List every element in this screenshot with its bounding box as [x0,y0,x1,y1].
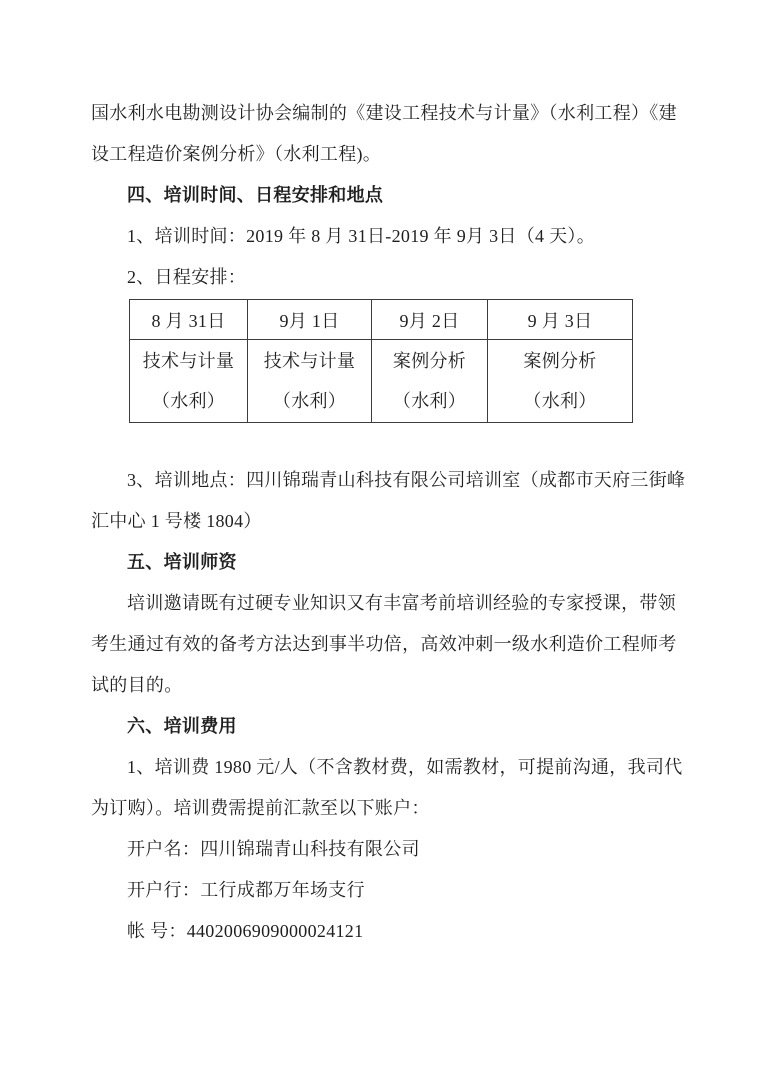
schedule-subject-cell: 案例分析 （水利） [488,340,633,423]
fee-line-2: 为订购）。培训费需提前汇款至以下账户： [91,788,700,829]
subject-qualifier: （水利） [488,381,632,421]
schedule-table-subject-row: 技术与计量 （水利） 技术与计量 （水利） 案例分析 （水利） 案例分析 （水利… [130,340,633,423]
section5-heading: 五、培训师资 [91,542,700,583]
document-content: 国水利水电勘测设计协会编制的《建设工程技术与计量》（水利工程）《建 设工程造价案… [0,0,770,952]
schedule-label-line: 2、日程安排： [91,257,700,298]
subject-qualifier: （水利） [130,381,247,421]
section4-heading: 四、培训时间、日程安排和地点 [91,175,700,216]
subject-name: 技术与计量 [130,341,247,381]
section6-heading: 六、培训费用 [91,706,700,747]
intro-line-1: 国水利水电勘测设计协会编制的《建设工程技术与计量》（水利工程）《建 [91,93,700,134]
schedule-date-cell: 8 月 31日 [130,300,248,340]
schedule-table-date-row: 8 月 31日 9月 1日 9月 2日 9 月 3日 [130,300,633,340]
location-line-2: 汇中心 1 号楼 1804） [91,501,700,542]
schedule-table: 8 月 31日 9月 1日 9月 2日 9 月 3日 技术与计量 （水利） 技术… [129,299,633,423]
schedule-date-cell: 9 月 3日 [488,300,633,340]
faculty-line-3: 试的目的。 [91,665,700,706]
schedule-subject-cell: 技术与计量 （水利） [248,340,372,423]
blank-line-spacer [91,423,700,460]
schedule-date-cell: 9月 1日 [248,300,372,340]
faculty-line-1: 培训邀请既有过硬专业知识又有丰富考前培训经验的专家授课，带领 [91,583,700,624]
subject-name: 技术与计量 [248,341,371,381]
location-line-1: 3、培训地点：四川锦瑞青山科技有限公司培训室（成都市天府三街峰 [91,460,700,501]
bank-line: 开户行：工行成都万年场支行 [91,870,700,911]
subject-qualifier: （水利） [372,381,487,421]
schedule-date-cell: 9月 2日 [372,300,488,340]
faculty-line-2: 考生通过有效的备考方法达到事半功倍，高效冲刺一级水利造价工程师考 [91,624,700,665]
document-page: 国水利水电勘测设计协会编制的《建设工程技术与计量》（水利工程）《建 设工程造价案… [0,0,770,1089]
subject-name: 案例分析 [488,341,632,381]
account-number-line: 帐 号：4402006909000024121 [91,911,700,952]
training-time-line: 1、培训时间：2019 年 8 月 31日-2019 年 9月 3日（4 天）。 [91,216,700,257]
account-name-line: 开户名：四川锦瑞青山科技有限公司 [91,829,700,870]
subject-qualifier: （水利） [248,381,371,421]
subject-name: 案例分析 [372,341,487,381]
intro-line-2: 设工程造价案例分析》（水利工程)。 [91,134,700,175]
fee-line-1: 1、培训费 1980 元/人（不含教材费，如需教材，可提前沟通，我司代 [91,747,700,788]
schedule-subject-cell: 案例分析 （水利） [372,340,488,423]
schedule-subject-cell: 技术与计量 （水利） [130,340,248,423]
